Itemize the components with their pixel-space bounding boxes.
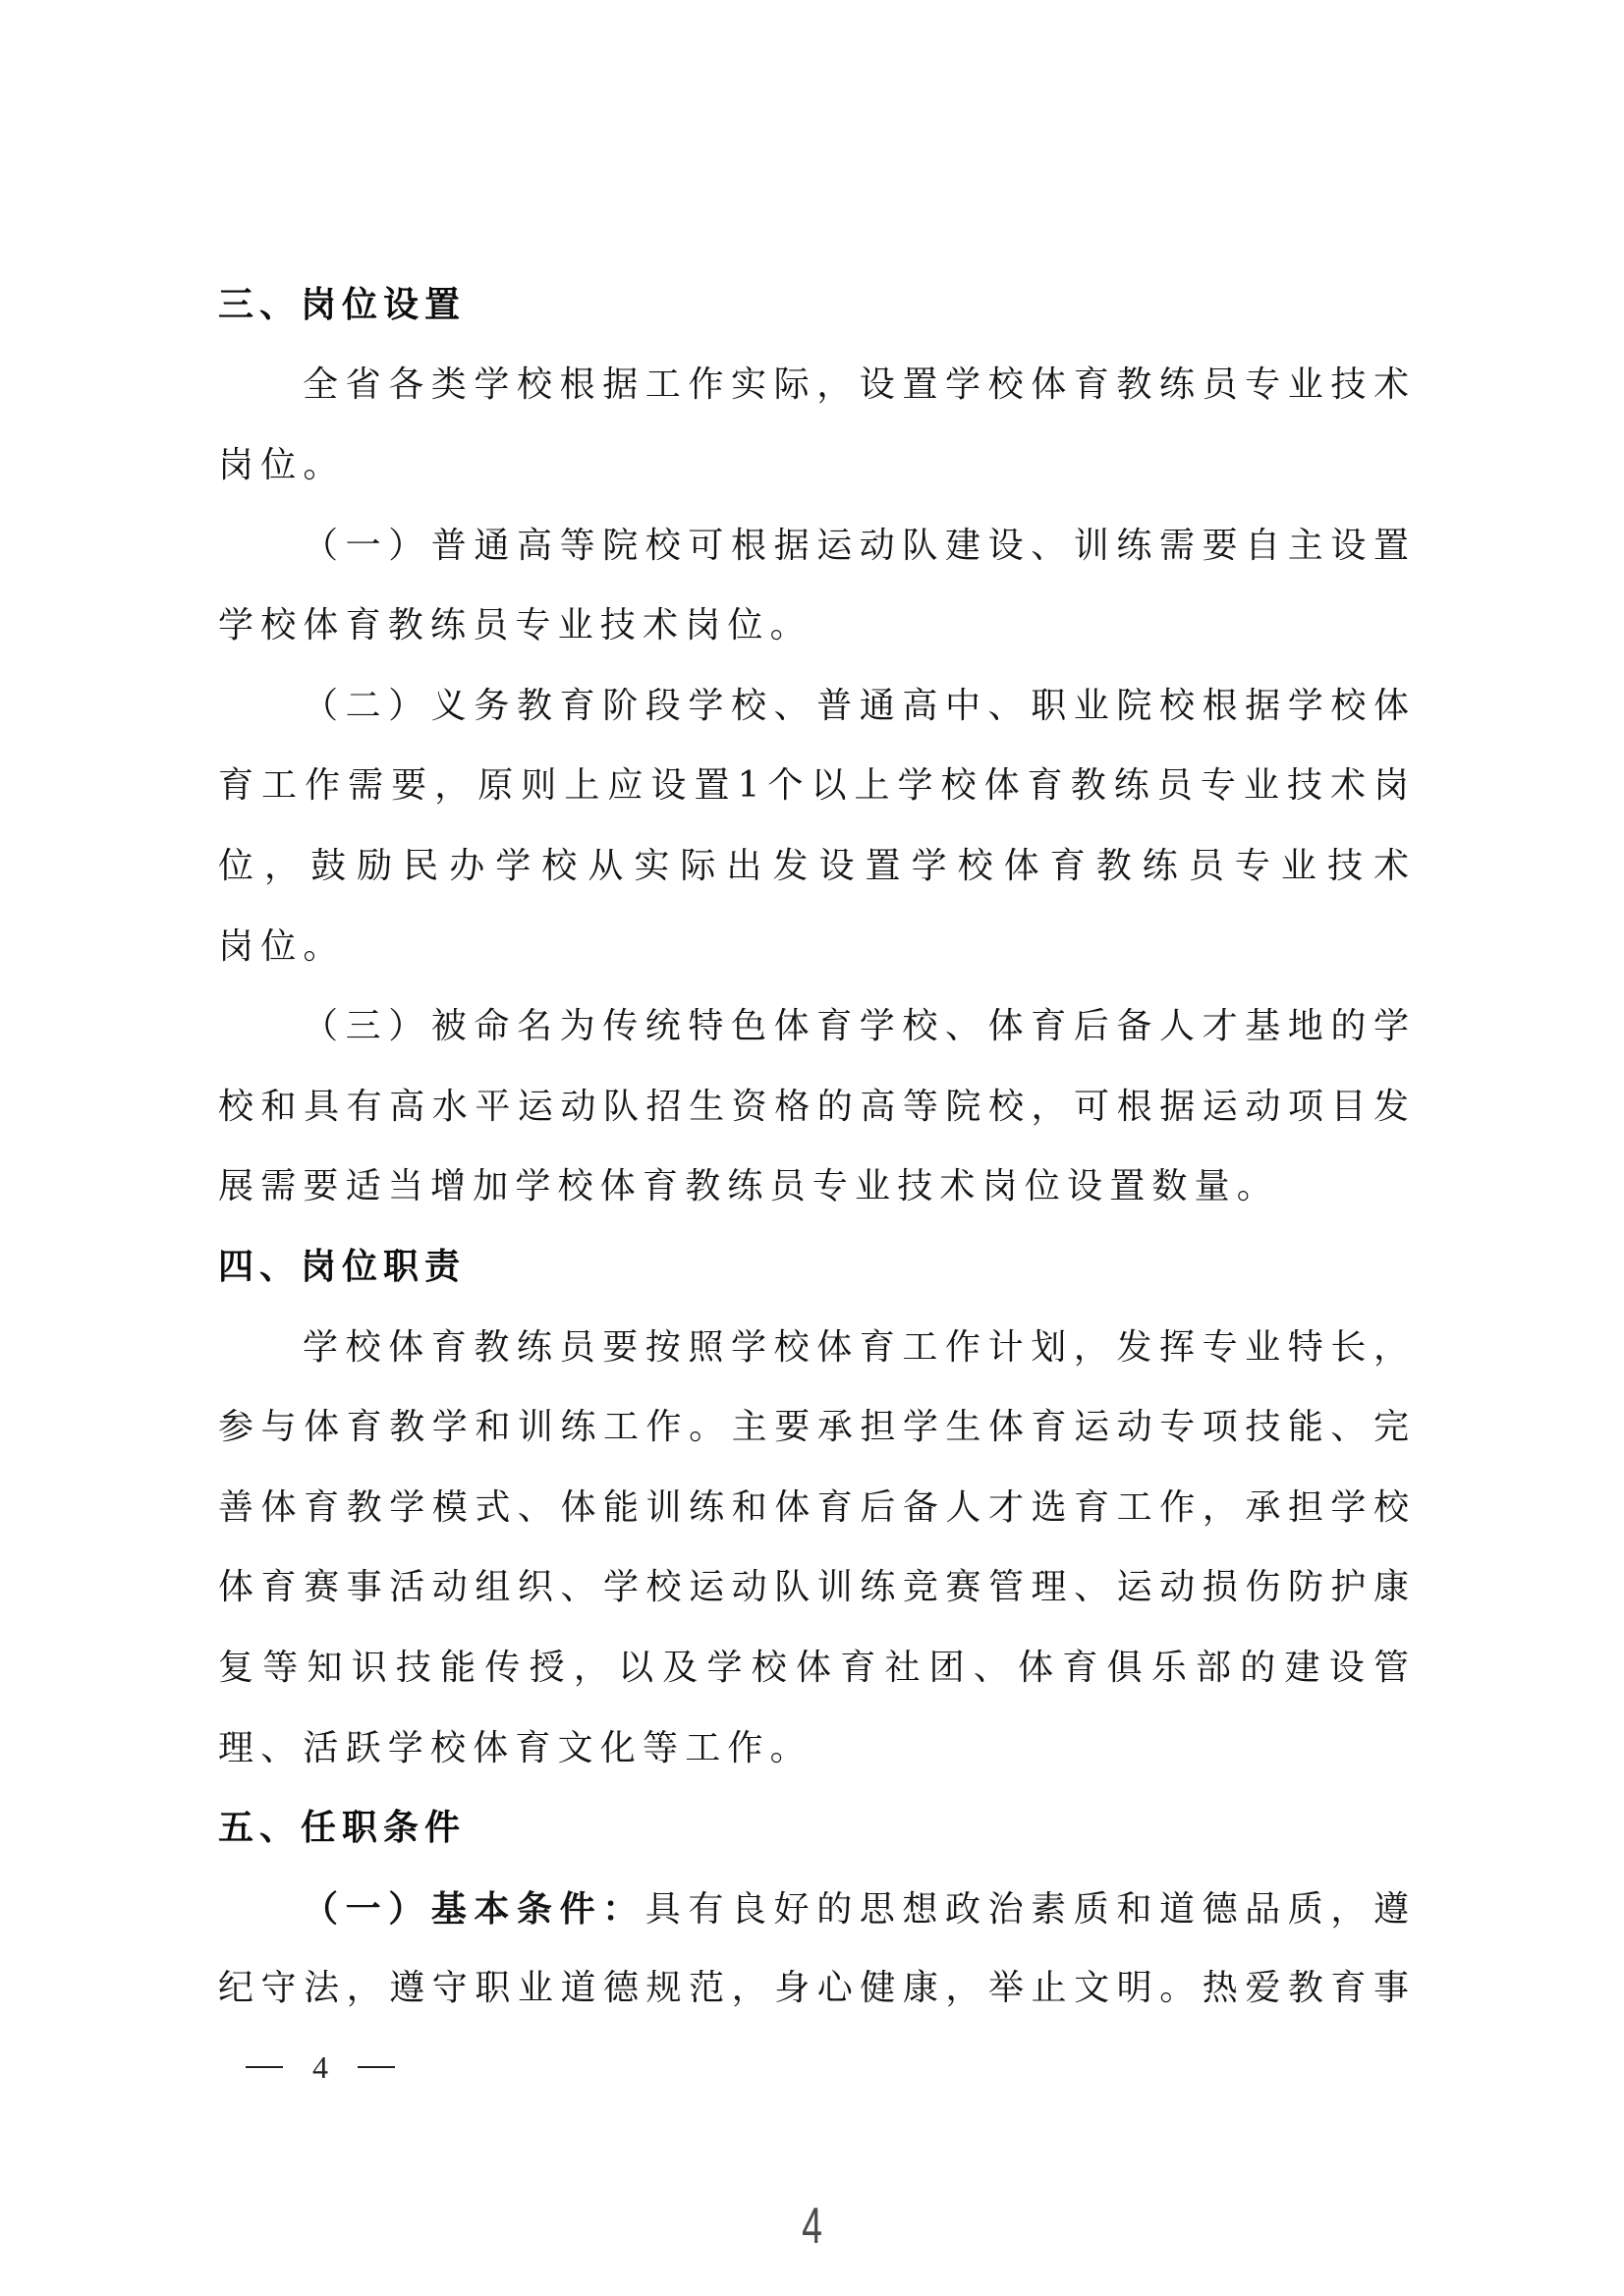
paragraph-line: 善体育教学模式、体能训练和体育后备人才选育工作，承担学校 [218,1486,1409,1530]
paragraph-line: 理、活跃学校体育文化等工作。 [218,1727,1409,1770]
paragraph-line: 纪守法，遵守职业道德规范，身心健康，举止文明。热爱教育事 [218,1967,1409,2010]
line-text: 善体育教学模式、体能训练和体育后备人才选育工作，承担学校 [218,1487,1409,1528]
line-text: 纪守法，遵守职业道德规范，身心健康，举止文明。热爱教育事 [218,1968,1409,2008]
heading-text: 三、岗位设置 [218,285,466,325]
paragraph-line: 校和具有高水平运动队招生资格的高等院校，可根据运动项目发 [218,1086,1409,1129]
line-text: 复等知识技能传授，以及学校体育社团、体育俱乐部的建设管 [218,1648,1409,1688]
section-heading-4: 四、岗位职责 [218,1246,1409,1289]
page-footer: 4 [246,2047,395,2087]
footer-dash-right [358,2066,395,2068]
line-text: 具有良好的思想政治素质和道德品质，遵 [645,1889,1409,1930]
heading-text: 四、岗位职责 [218,1247,466,1287]
line-text: 学校体育教练员专业技术岗位。 [218,605,812,645]
line-text: 学校体育教练员要按照学校体育工作计划，发挥专业特长， [303,1327,1409,1368]
footer-page-number: 4 [312,2047,328,2087]
document-page: 三、岗位设置 全省各类学校根据工作实际，设置学校体育教练员专业技术 岗位。 （一… [0,0,1624,2296]
subsection-lead: （一）基本条件： [303,1888,645,1930]
line-text: 校和具有高水平运动队招生资格的高等院校，可根据运动项目发 [218,1087,1409,1127]
paragraph-line: （一）普通高等院校可根据运动队建设、训练需要自主设置 [218,525,1409,568]
paragraph-line: 学校体育教练员专业技术岗位。 [218,604,1409,647]
paragraph-line: 体育赛事活动组织、学校运动队训练竞赛管理、运动损伤防护康 [218,1566,1409,1609]
section-heading-5: 五、任职条件 [218,1807,1409,1850]
paragraph-line: （一）基本条件：具有良好的思想政治素质和道德品质，遵 [218,1887,1409,1931]
line-text: 参与体育教学和训练工作。主要承担学生体育运动专项技能、完 [218,1407,1409,1447]
paragraph-line: 位，鼓励民办学校从实际出发设置学校体育教练员专业技术 [218,845,1409,888]
line-text: 全省各类学校根据工作实际，设置学校体育教练员专业技术 [303,364,1409,405]
paragraph-line: 岗位。 [218,444,1409,487]
line-text: （二）义务教育阶段学校、普通高中、职业院校根据学校体 [303,686,1409,726]
paragraph-line: 学校体育教练员要按照学校体育工作计划，发挥专业特长， [218,1326,1409,1370]
paragraph-line: 参与体育教学和训练工作。主要承担学生体育运动专项技能、完 [218,1406,1409,1449]
paragraph-line: 岗位。 [218,925,1409,969]
line-text: 理、活跃学校体育文化等工作。 [218,1728,812,1768]
heading-text: 五、任职条件 [218,1808,466,1848]
paragraph-line: 全省各类学校根据工作实际，设置学校体育教练员专业技术 [218,364,1409,407]
line-text: 育工作需要，原则上应设置1个以上学校体育教练员专业技术岗 [218,765,1409,806]
line-text: （一）普通高等院校可根据运动队建设、训练需要自主设置 [303,526,1409,566]
line-text: 体育赛事活动组织、学校运动队训练竞赛管理、运动损伤防护康 [218,1567,1409,1607]
paragraph-line: （二）义务教育阶段学校、普通高中、职业院校根据学校体 [218,685,1409,728]
line-text: （三）被命名为传统特色体育学校、体育后备人才基地的学 [303,1006,1409,1046]
viewer-page-index: 4 [227,2201,1396,2252]
line-text: 展需要适当增加学校体育教练员专业技术岗位设置数量。 [218,1166,1279,1206]
paragraph-line: 展需要适当增加学校体育教练员专业技术岗位设置数量。 [218,1165,1409,1208]
line-text: 岗位。 [218,926,346,967]
footer-dash-left [246,2066,283,2068]
section-heading-3: 三、岗位设置 [218,284,1409,327]
paragraph-line: 育工作需要，原则上应设置1个以上学校体育教练员专业技术岗 [218,764,1409,808]
line-text: 岗位。 [218,445,346,485]
paragraph-line: （三）被命名为传统特色体育学校、体育后备人才基地的学 [218,1005,1409,1048]
line-text: 位，鼓励民办学校从实际出发设置学校体育教练员专业技术 [218,846,1409,886]
paragraph-line: 复等知识技能传授，以及学校体育社团、体育俱乐部的建设管 [218,1647,1409,1690]
